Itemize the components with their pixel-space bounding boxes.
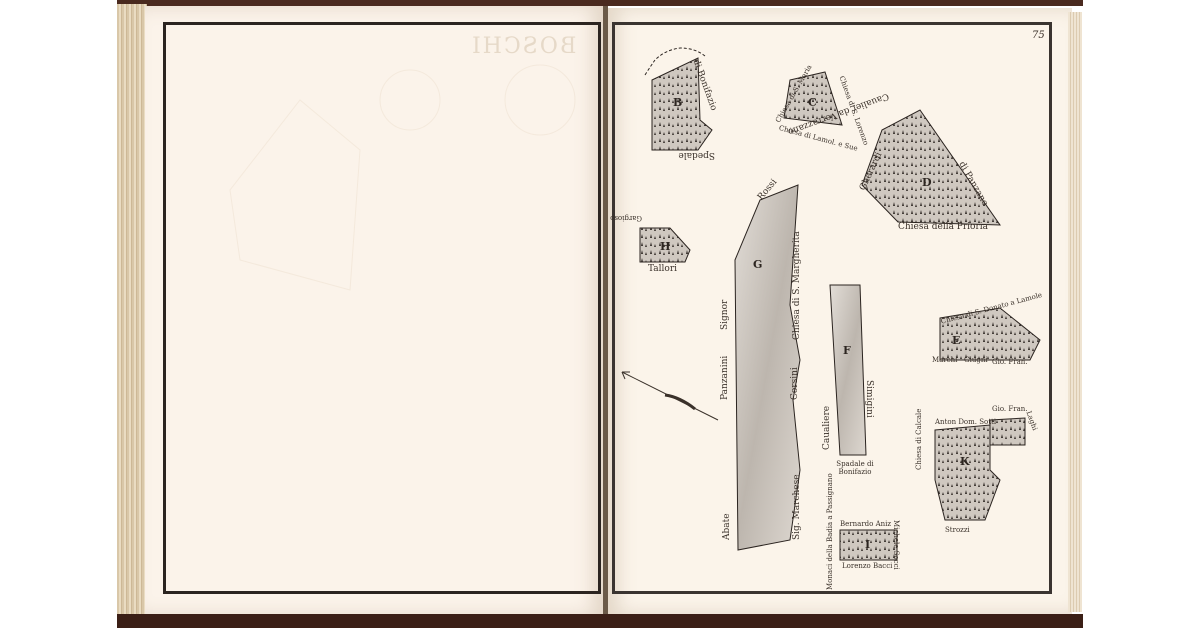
label-g-6: Abate [722, 513, 732, 540]
parcel-letter-f: F [843, 344, 851, 357]
map-drawing [0, 0, 1200, 628]
parcel-letter-i: I [865, 538, 870, 551]
label-e-2: Marchi [932, 356, 957, 364]
parcel-letter-h: H [660, 240, 670, 253]
label-i-4: Lorenzo Bacci [842, 562, 892, 570]
parcel-letter-g: G [753, 258, 762, 271]
label-g-3: Chiesa di S. Margherita [792, 231, 802, 340]
label-f-2: Simigini [864, 380, 874, 418]
north-arrow-icon [622, 372, 718, 420]
label-e-3: Giugni [964, 356, 988, 364]
label-g-4: Panzanini [720, 356, 730, 400]
parcel-letter-b: B [673, 96, 682, 109]
label-k-8: Strozzi [945, 526, 970, 534]
label-k-1: Anton Dom. Sotti [935, 418, 996, 426]
parcel-f [830, 285, 866, 455]
label-f-1: Caualiere [822, 406, 832, 450]
parcel-d [862, 110, 1000, 225]
label-i-2: Michele Socci [892, 520, 900, 570]
parcel-letter-e: E [952, 334, 960, 347]
label-d-4: Chiesa della Prioria [898, 222, 988, 232]
label-g-2: Signor [720, 300, 730, 330]
label-k-2: Gio. Fran. [992, 405, 1027, 413]
label-g-7: Sig. Marchese [792, 474, 802, 540]
label-k-4: Chiesa di Calcale [915, 409, 923, 470]
label-b-2: Spedale [678, 150, 715, 160]
label-h-2: Tallori [648, 264, 677, 274]
label-i-3: Monaci della Badia a Passignano [826, 473, 834, 590]
parcel-letter-k: K [960, 455, 970, 468]
parcel-letter-c: C [808, 96, 817, 109]
parcel-letter-d: D [922, 176, 932, 189]
label-e-4: Gio. Fran. [992, 358, 1027, 366]
label-f-3: Spadale di Bonifazio [830, 460, 880, 476]
label-h-1: Gargioso [610, 214, 642, 222]
label-g-5: Corsini [790, 367, 800, 400]
label-i-1: Bernardo Aniz [840, 520, 891, 528]
